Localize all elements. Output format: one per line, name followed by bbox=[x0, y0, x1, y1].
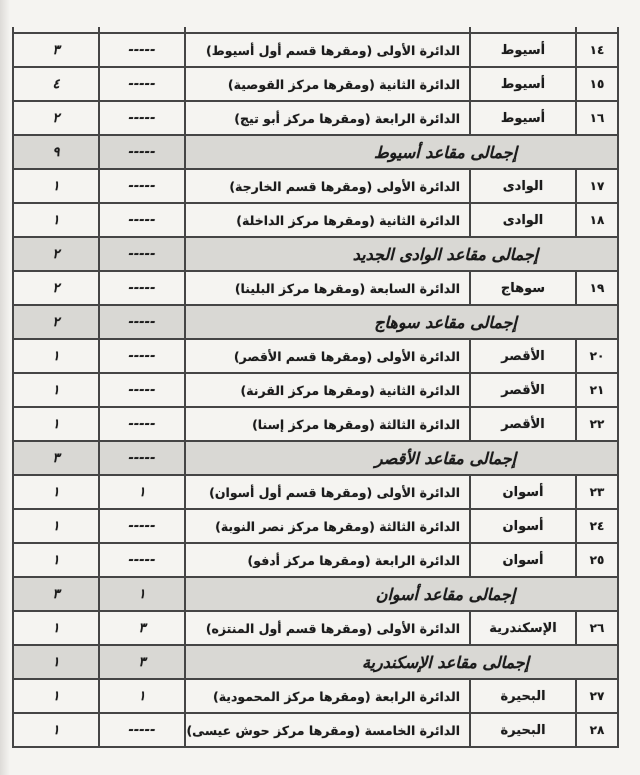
total-numeric-cell-a: ----- bbox=[99, 305, 185, 339]
district-name-cell: الدائرة الأولى (ومقرها قسم الخارجة) bbox=[185, 169, 470, 203]
governorate-total-row: إجمالى مقاعد أسيوط ----- ٩ bbox=[13, 135, 618, 169]
total-label-cell: إجمالى مقاعد أسوان bbox=[185, 577, 618, 611]
total-numeric-cell-b: ٢ bbox=[13, 305, 99, 339]
row-number-cell: ١٨ bbox=[576, 203, 618, 237]
numeric-cell-b: ٢ bbox=[13, 101, 99, 135]
numeric-cell-b: ١ bbox=[13, 475, 99, 509]
district-name-cell: الدائرة الثانية (ومقرها مركز القوصية) bbox=[185, 67, 470, 101]
district-row: ٢٤ أسوان الدائرة الثالثة (ومقرها مركز نص… bbox=[13, 509, 618, 543]
district-name-cell: الدائرة الرابعة (ومقرها مركز أبو تيج) bbox=[185, 101, 470, 135]
district-name-cell: الدائرة الأولى (ومقرها قسم أول أسيوط) bbox=[185, 33, 470, 67]
district-row: ١٧ الوادى الدائرة الأولى (ومقرها قسم الخ… bbox=[13, 169, 618, 203]
total-label-cell: إجمالى مقاعد الأقصر bbox=[185, 441, 618, 475]
numeric-cell-a: ----- bbox=[99, 713, 185, 747]
district-name-cell: الدائرة السابعة (ومقرها مركز البلينا) bbox=[185, 271, 470, 305]
total-label-cell: إجمالى مقاعد الوادى الجديد bbox=[185, 237, 618, 271]
district-row: ٢١ الأقصر الدائرة الثانية (ومقرها مركز ا… bbox=[13, 373, 618, 407]
row-number-cell: ٢٥ bbox=[576, 543, 618, 577]
numeric-cell-b: ٣ bbox=[13, 33, 99, 67]
row-number-cell: ٢٤ bbox=[576, 509, 618, 543]
row-number-cell: ٢٣ bbox=[576, 475, 618, 509]
district-name-cell: الدائرة الثالثة (ومقرها مركز إسنا) bbox=[185, 407, 470, 441]
numeric-cell-b: ١ bbox=[13, 611, 99, 645]
electoral-districts-table: ١٤ أسيوط الدائرة الأولى (ومقرها قسم أول … bbox=[12, 27, 619, 748]
governorate-cell: الإسكندرية bbox=[470, 611, 576, 645]
governorate-cell: أسيوط bbox=[470, 67, 576, 101]
numeric-cell-b: ١ bbox=[13, 407, 99, 441]
numeric-cell-b: ١ bbox=[13, 713, 99, 747]
total-label-cell: إجمالى مقاعد أسيوط bbox=[185, 135, 618, 169]
governorate-total-row: إجمالى مقاعد الأقصر ----- ٣ bbox=[13, 441, 618, 475]
governorate-cell: أسوان bbox=[470, 543, 576, 577]
district-row: ٢٢ الأقصر الدائرة الثالثة (ومقرها مركز إ… bbox=[13, 407, 618, 441]
numeric-cell-a: ----- bbox=[99, 67, 185, 101]
numeric-cell-a: ----- bbox=[99, 169, 185, 203]
total-numeric-cell-b: ٣ bbox=[13, 577, 99, 611]
total-numeric-cell-a: ٣ bbox=[99, 645, 185, 679]
total-numeric-cell-a: ----- bbox=[99, 237, 185, 271]
governorate-cell: البحيرة bbox=[470, 713, 576, 747]
district-row: ١٦ أسيوط الدائرة الرابعة (ومقرها مركز أب… bbox=[13, 101, 618, 135]
numeric-cell-a: ١ bbox=[99, 475, 185, 509]
governorate-total-row: إجمالى مقاعد الإسكندرية ٣ ١ bbox=[13, 645, 618, 679]
scanned-document-page: ١٤ أسيوط الدائرة الأولى (ومقرها قسم أول … bbox=[12, 27, 619, 748]
numeric-cell-b: ١ bbox=[13, 509, 99, 543]
governorate-cell: الوادى bbox=[470, 203, 576, 237]
district-row: ٢٧ البحيرة الدائرة الرابعة (ومقرها مركز … bbox=[13, 679, 618, 713]
district-row: ٢٨ البحيرة الدائرة الخامسة (ومقرها مركز … bbox=[13, 713, 618, 747]
numeric-cell-b: ١ bbox=[13, 203, 99, 237]
numeric-cell-b: ١ bbox=[13, 543, 99, 577]
row-number-cell: ١٤ bbox=[576, 33, 618, 67]
row-number-cell: ٢١ bbox=[576, 373, 618, 407]
row-number-cell: ١٦ bbox=[576, 101, 618, 135]
row-number-cell: ٢٠ bbox=[576, 339, 618, 373]
governorate-total-row: إجمالى مقاعد أسوان ١ ٣ bbox=[13, 577, 618, 611]
total-label-cell: إجمالى مقاعد الإسكندرية bbox=[185, 645, 618, 679]
district-row: ١٩ سوهاج الدائرة السابعة (ومقرها مركز ال… bbox=[13, 271, 618, 305]
district-name-cell: الدائرة الثالثة (ومقرها مركز نصر النوبة) bbox=[185, 509, 470, 543]
governorate-cell: الأقصر bbox=[470, 339, 576, 373]
district-row: ١٨ الوادى الدائرة الثانية (ومقرها مركز ا… bbox=[13, 203, 618, 237]
row-number-cell: ٢٦ bbox=[576, 611, 618, 645]
numeric-cell-a: ----- bbox=[99, 509, 185, 543]
row-number-cell: ١٩ bbox=[576, 271, 618, 305]
governorate-cell: الأقصر bbox=[470, 373, 576, 407]
district-name-cell: الدائرة الرابعة (ومقرها مركز المحمودية) bbox=[185, 679, 470, 713]
row-number-cell: ٢٢ bbox=[576, 407, 618, 441]
district-name-cell: الدائرة الثانية (ومقرها مركز القرنة) bbox=[185, 373, 470, 407]
total-numeric-cell-a: ----- bbox=[99, 135, 185, 169]
table-body: ١٤ أسيوط الدائرة الأولى (ومقرها قسم أول … bbox=[13, 27, 618, 747]
row-number-cell: ١٥ bbox=[576, 67, 618, 101]
total-numeric-cell-b: ٣ bbox=[13, 441, 99, 475]
governorate-cell: أسوان bbox=[470, 509, 576, 543]
governorate-cell: البحيرة bbox=[470, 679, 576, 713]
total-numeric-cell-b: ١ bbox=[13, 645, 99, 679]
total-numeric-cell-a: ----- bbox=[99, 441, 185, 475]
numeric-cell-b: ٤ bbox=[13, 67, 99, 101]
numeric-cell-a: ٣ bbox=[99, 611, 185, 645]
numeric-cell-a: ----- bbox=[99, 543, 185, 577]
district-name-cell: الدائرة الخامسة (ومقرها مركز حوش عيسى) bbox=[185, 713, 470, 747]
numeric-cell-a: ----- bbox=[99, 339, 185, 373]
district-name-cell: الدائرة الأولى (ومقرها قسم الأقصر) bbox=[185, 339, 470, 373]
district-row: ٢٥ أسوان الدائرة الرابعة (ومقرها مركز أد… bbox=[13, 543, 618, 577]
numeric-cell-a: ----- bbox=[99, 33, 185, 67]
district-row: ٢٦ الإسكندرية الدائرة الأولى (ومقرها قسم… bbox=[13, 611, 618, 645]
row-number-cell: ٢٨ bbox=[576, 713, 618, 747]
numeric-cell-b: ١ bbox=[13, 373, 99, 407]
governorate-total-row: إجمالى مقاعد الوادى الجديد ----- ٢ bbox=[13, 237, 618, 271]
governorate-cell: أسيوط bbox=[470, 33, 576, 67]
total-label-cell: إجمالى مقاعد سوهاج bbox=[185, 305, 618, 339]
governorate-cell: الأقصر bbox=[470, 407, 576, 441]
total-numeric-cell-a: ١ bbox=[99, 577, 185, 611]
numeric-cell-b: ١ bbox=[13, 169, 99, 203]
governorate-cell: سوهاج bbox=[470, 271, 576, 305]
district-name-cell: الدائرة الرابعة (ومقرها مركز أدفو) bbox=[185, 543, 470, 577]
district-row: ٢٣ أسوان الدائرة الأولى (ومقرها قسم أول … bbox=[13, 475, 618, 509]
numeric-cell-b: ١ bbox=[13, 679, 99, 713]
governorate-cell: أسيوط bbox=[470, 101, 576, 135]
district-row: ١٥ أسيوط الدائرة الثانية (ومقرها مركز ال… bbox=[13, 67, 618, 101]
numeric-cell-a: ----- bbox=[99, 407, 185, 441]
district-name-cell: الدائرة الأولى (ومقرها قسم أول أسوان) bbox=[185, 475, 470, 509]
row-number-cell: ١٧ bbox=[576, 169, 618, 203]
row-number-cell: ٢٧ bbox=[576, 679, 618, 713]
district-name-cell: الدائرة الأولى (ومقرها قسم أول المنتزه) bbox=[185, 611, 470, 645]
numeric-cell-a: ----- bbox=[99, 271, 185, 305]
numeric-cell-b: ١ bbox=[13, 339, 99, 373]
district-name-cell: الدائرة الثانية (ومقرها مركز الداخلة) bbox=[185, 203, 470, 237]
numeric-cell-a: ----- bbox=[99, 373, 185, 407]
governorate-total-row: إجمالى مقاعد سوهاج ----- ٢ bbox=[13, 305, 618, 339]
numeric-cell-b: ٢ bbox=[13, 271, 99, 305]
numeric-cell-a: ----- bbox=[99, 203, 185, 237]
numeric-cell-a: ----- bbox=[99, 101, 185, 135]
district-row: ٢٠ الأقصر الدائرة الأولى (ومقرها قسم الأ… bbox=[13, 339, 618, 373]
total-numeric-cell-b: ٩ bbox=[13, 135, 99, 169]
total-numeric-cell-b: ٢ bbox=[13, 237, 99, 271]
governorate-cell: الوادى bbox=[470, 169, 576, 203]
district-row: ١٤ أسيوط الدائرة الأولى (ومقرها قسم أول … bbox=[13, 33, 618, 67]
numeric-cell-a: ١ bbox=[99, 679, 185, 713]
governorate-cell: أسوان bbox=[470, 475, 576, 509]
